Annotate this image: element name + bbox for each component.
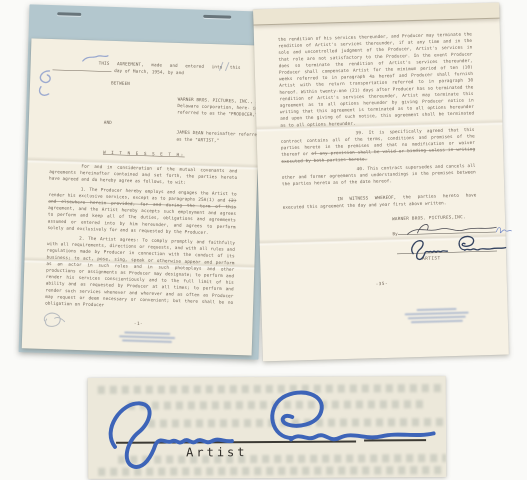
page-2-paper: the rendition of his services thereunder… (253, 3, 509, 362)
artist-signature-row: ARTIST (393, 245, 518, 263)
intro-paragraph: For and in consideration of the mutual c… (49, 163, 238, 189)
contract-page-2: the rendition of his services thereunder… (253, 3, 509, 362)
staple-icon (203, 15, 231, 19)
artist-signature-line (397, 246, 497, 254)
page-1-typed-text: THIS AGREEMENT, made and entered into th… (22, 38, 261, 331)
page-2-number: -35- (285, 278, 479, 290)
page-1-paper: THIS AGREEMENT, made and entered into th… (22, 38, 262, 355)
page-1-number: -1- (44, 318, 232, 331)
continued-paragraph: the rendition of his services thereunder… (278, 31, 475, 129)
artist-typed-label-closeup: Artist (186, 445, 247, 459)
signature-block: WARNER BROS. PICTURES,INC. By (392, 213, 518, 264)
paragraph-40: 40. This contract supersedes and cancels… (282, 163, 476, 188)
contract-page-1: THIS AGREEMENT, made and entered into th… (19, 4, 270, 359)
producer-signature-line (398, 227, 496, 235)
paragraph-2: 2. The Artist agrees: To comply promptly… (45, 235, 235, 313)
blue-approval-initials (494, 223, 513, 235)
and-label: AND (104, 120, 239, 131)
producer-signature-row: By (392, 226, 517, 238)
signature-rule-line (116, 441, 356, 444)
paragraph-1: 1. The Producer hereby employs and engag… (47, 185, 236, 237)
witness-clause: IN WITNESS WHEREOF, the parties hereto h… (282, 193, 476, 212)
between-label: BETWEEN (111, 81, 240, 92)
faded-stamp (117, 329, 177, 345)
artist-typed-label: ARTIST (422, 253, 518, 262)
paragraph-39: 39. It is specifically agreed that this … (281, 127, 476, 165)
signature-closeup-strip: Artist (88, 376, 447, 479)
company-name: WARNER BROS. PICTURES,INC. (392, 213, 517, 223)
staple-icon (57, 12, 81, 16)
agreement-header: THIS AGREEMENT, made and entered into th… (52, 59, 240, 79)
date-blank-line (52, 66, 111, 72)
faded-stamp (402, 306, 472, 326)
signature-rule-line-2 (364, 439, 426, 441)
witnesseth-heading: W I T N E S S E T H: (50, 148, 238, 161)
page-2-typed-text: the rendition of his services thereunder… (253, 3, 501, 291)
auction-photo-canvas: THIS AGREEMENT, made and entered into th… (0, 0, 527, 480)
